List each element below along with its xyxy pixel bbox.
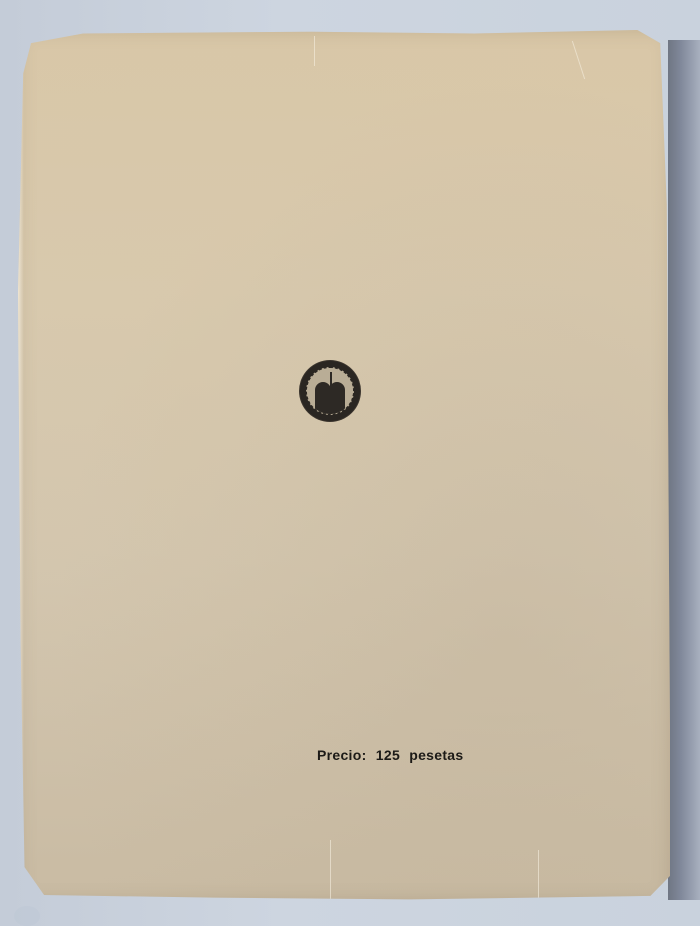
- cover-crease: [330, 840, 331, 900]
- cover-crease: [314, 36, 315, 66]
- cover-crease: [538, 850, 539, 900]
- price-text: Precio: 125 pesetas: [317, 747, 463, 763]
- seal-figure-right: [329, 382, 345, 415]
- cover-crease: [572, 41, 585, 79]
- watermark-logo: [14, 906, 40, 926]
- seal-emblem-icon: [300, 361, 360, 421]
- seal-inner-field: [306, 367, 354, 415]
- price-currency: pesetas: [409, 747, 463, 763]
- cover-left-edge: [18, 30, 24, 902]
- price-label: Precio:: [317, 747, 367, 763]
- price-value: 125: [376, 747, 400, 763]
- book-edge-shadow: [668, 40, 700, 900]
- book-back-cover: [18, 30, 670, 902]
